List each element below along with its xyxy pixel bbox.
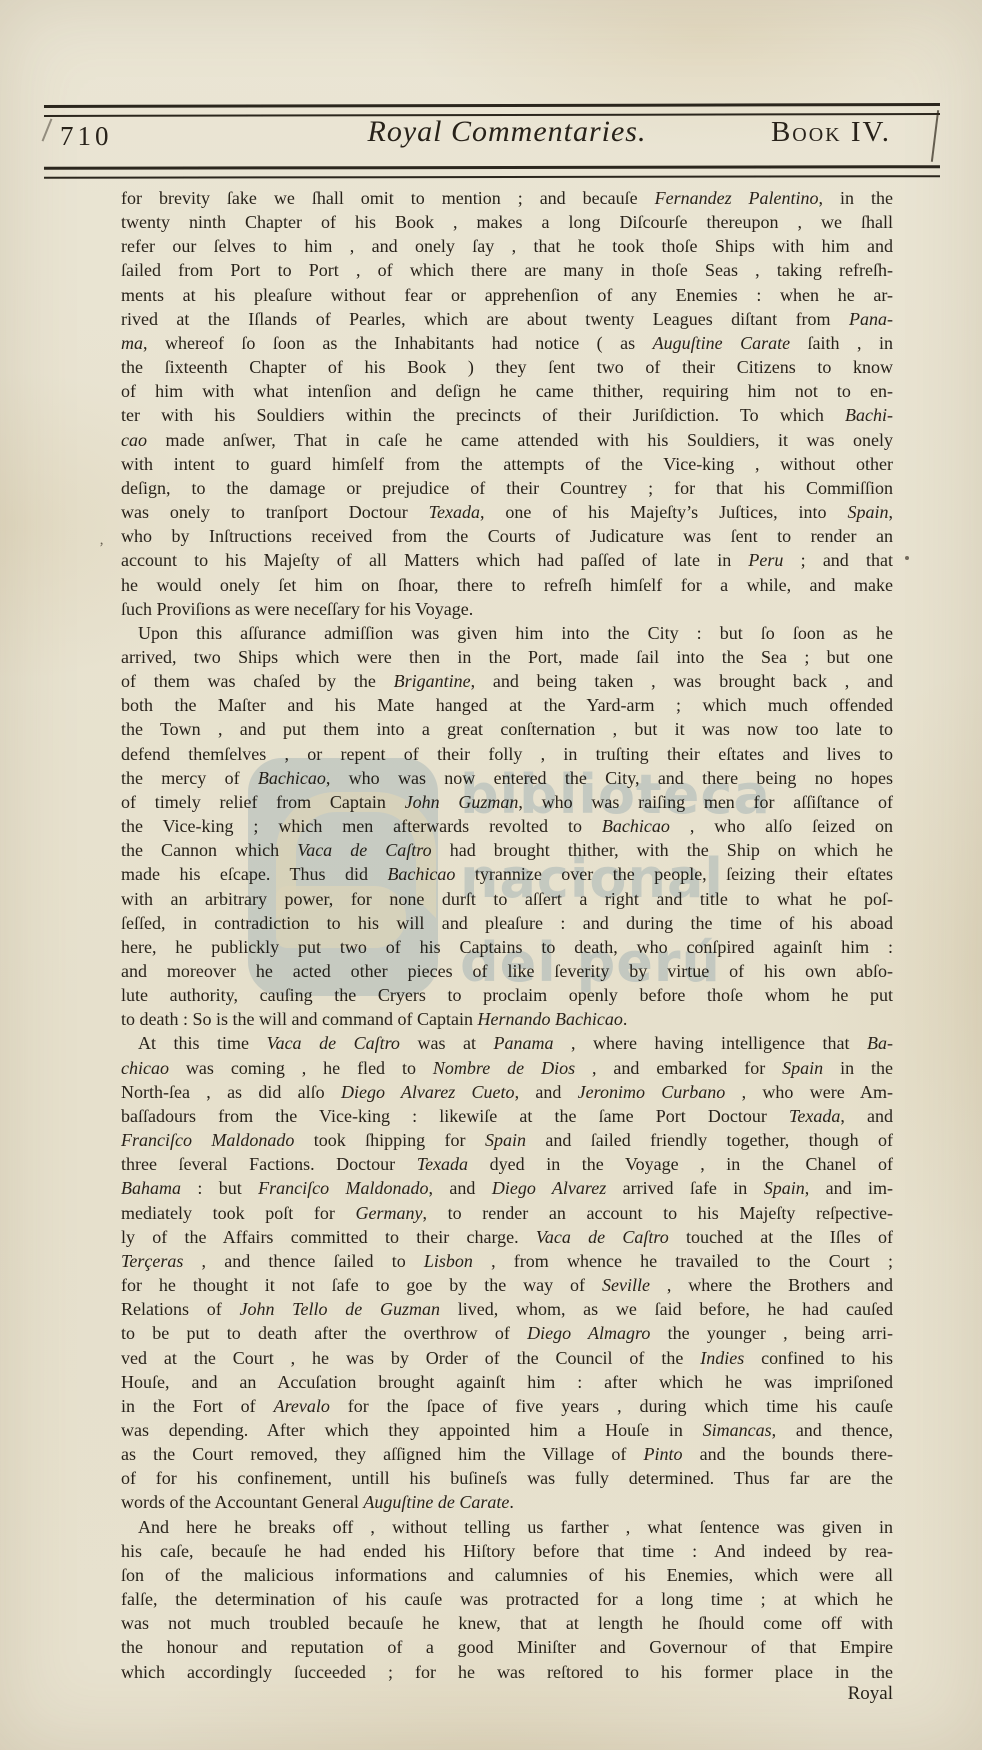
text-line: of timely relief from Captain John Guzma… [121,790,893,814]
text-line: Upon this aſſurance admiſſion was given … [121,621,893,645]
page-number: 710 [60,121,113,152]
text-line: of them was chaſed by the Brigantine, an… [121,669,893,693]
text-line: who by Inſtructions received from the Co… [121,524,893,548]
text-line: ments at his pleaſure without fear or ap… [121,283,893,307]
text-line: baſſadours from the Vice-king : likewiſe… [121,1104,893,1128]
text-line: to be put to death after the overthrow o… [121,1321,893,1345]
body-text-column: for brevity ſake we ſhall omit to mentio… [121,186,893,1684]
text-line: ma, whereof ſo ſoon as the Inhabitants h… [121,331,893,355]
catchword: Royal [121,1683,893,1705]
text-line: account to his Majeſty of all Matters wh… [121,548,893,572]
ink-scratch [42,118,53,141]
text-line: falſe, the determination of his cauſe wa… [121,1587,893,1611]
text-line: made his eſcape. Thus did Bachicao tyran… [121,862,893,886]
text-line: was not much troubled becauſe he knew, t… [121,1611,893,1635]
text-line: which accordingly ſucceeded ; for he was… [121,1660,893,1684]
text-line: the Cannon which Vaca de Caſtro had brou… [121,838,893,862]
text-line: ſuch Proviſions as were neceſſary for hi… [121,597,893,621]
ink-scratch [931,110,939,162]
text-line: And here he breaks off , without telling… [121,1515,893,1539]
text-line: chicao was coming , he fled to Nombre de… [121,1056,893,1080]
text-line: lute authority, cauſing the Cryers to pr… [121,983,893,1007]
text-line: Terçeras , and thence ſailed to Lisbon ,… [121,1249,893,1273]
text-line: deſign, to the damage or prejudice of th… [121,476,893,500]
text-line: the mercy of Bachicao, who was now enter… [121,766,893,790]
text-line: and moreover he acted other pieces of li… [121,959,893,983]
text-line: ter with his Souldiers within the precin… [121,403,893,427]
text-line: with intent to guard himſelf from the at… [121,452,893,476]
text-line: the honour and reputation of a good Mini… [121,1635,893,1659]
text-line: ved at the Court , he was by Order of th… [121,1346,893,1370]
text-line: of him with what intenſion and deſign he… [121,379,893,403]
book-page-scan: 710 Royal Commentaries. Book IV. for bre… [0,0,982,1750]
text-line: cao made anſwer, That in caſe he came at… [121,428,893,452]
text-line: the ſixteenth Chapter of his Book ) they… [121,355,893,379]
text-line: was depending. After which they appointe… [121,1418,893,1442]
text-line: as the Court removed, they aſſigned him … [121,1442,893,1466]
book-number-label: Book IV. [771,116,891,149]
ink-speck: ’ [99,540,104,557]
text-line: both the Maſter and his Mate hanged at t… [121,693,893,717]
text-line: defend themſelves , or repent of their f… [121,742,893,766]
text-line: arrived, two Ships which were then in th… [121,645,893,669]
text-line: words of the Accountant General Auguſtin… [121,1490,893,1514]
text-line: refer our ſelves to him , and onely ſay … [121,234,893,258]
text-line: mediately took poſt for Germany, to rend… [121,1201,893,1225]
text-line: was onely to tranſport Doctour Texada, o… [121,500,893,524]
ink-speck [905,556,909,560]
text-line: At this time Vaca de Caſtro was at Panam… [121,1031,893,1055]
text-line: North-ſea , as did alſo Diego Alvarez Cu… [121,1080,893,1104]
text-line: ſailed from Port to Port , of which ther… [121,258,893,282]
text-line: here, he publickly put two of his Captai… [121,935,893,959]
text-line: Relations of John Tello de Guzman lived,… [121,1297,893,1321]
text-line: twenty ninth Chapter of his Book , makes… [121,210,893,234]
text-line: ſon of the malicious informations and ca… [121,1563,893,1587]
text-line: the Vice-king ; which men afterwards rev… [121,814,893,838]
text-line: he would onely ſet him on ſhoar, there t… [121,573,893,597]
text-line: for brevity ſake we ſhall omit to mentio… [121,186,893,210]
header-rule-bottom [44,165,940,179]
text-line: his caſe, becauſe he had ended his Hiſto… [121,1539,893,1563]
text-line: with an arbitrary power, for none durſt … [121,887,893,911]
text-line: to death : So is the will and command of… [121,1007,893,1031]
text-line: rived at the Iſlands of Pearles, which a… [121,307,893,331]
text-line: Houſe, and an Accuſation brought againſt… [121,1370,893,1394]
text-line: three ſeveral Factions. Doctour Texada d… [121,1152,893,1176]
text-line: in the Fort of Arevalo for the ſpace of … [121,1394,893,1418]
text-line: of for his confinement, untill his buſin… [121,1466,893,1490]
text-line: ſeſſed, in contradiction to his will and… [121,911,893,935]
text-line: Franciſco Maldonado took ſhipping for Sp… [121,1128,893,1152]
text-line: ly of the Affairs committed to their cha… [121,1225,893,1249]
text-line: for he thought it not ſafe to goe by the… [121,1273,893,1297]
text-line: the Town , and put them into a great con… [121,717,893,741]
text-line: Bahama : but Franciſco Maldonado, and Di… [121,1176,893,1200]
